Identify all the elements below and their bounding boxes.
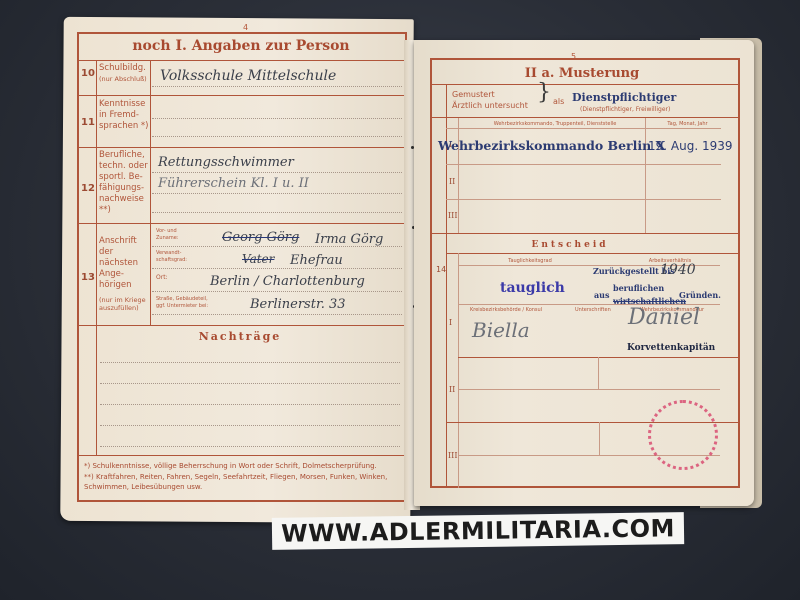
row-11-label: Kenntnisse in Fremd-sprachen *) — [99, 99, 151, 132]
red-circular-stamp — [648, 400, 718, 470]
dotted-line — [152, 246, 402, 247]
dotted-line — [152, 268, 402, 269]
row-roman-II: II — [449, 177, 455, 186]
col-header-tauglichkeit: Tauglichkeitsgrad — [480, 258, 580, 265]
watermark-banner: WWW.ADLERMILITARIA.COM — [272, 512, 684, 550]
col-divider — [458, 253, 459, 488]
dotted-line — [100, 362, 400, 363]
signature-2: Daniel — [628, 305, 700, 330]
field-label-place: Ort: — [156, 274, 196, 281]
brace: } — [537, 87, 551, 98]
row-roman-III: III — [448, 211, 457, 220]
office-stamp: Wehrbezirkskommando Berlin X — [438, 138, 665, 153]
col-divider-num — [96, 60, 97, 325]
divider — [446, 253, 740, 254]
row-10-sublabel: (nur Abschluß) — [99, 76, 151, 83]
nachtraege-title: Nachträge — [180, 330, 300, 343]
relative-relation: Ehefrau — [290, 253, 343, 268]
dotted-line — [152, 193, 402, 194]
struck-relation: Vater — [242, 252, 274, 266]
dotted-line — [152, 291, 402, 292]
col-divider-num — [96, 325, 97, 455]
row-12-entry-2: Führerschein Kl. I u. II — [158, 176, 309, 191]
divider — [77, 455, 407, 456]
footnote-2: **) Kraftfahren, Reiten, Fahren, Segeln,… — [84, 472, 404, 492]
divider — [430, 233, 740, 234]
col-header-office: Wehrbezirkskommando, Truppenteil, Dienst… — [490, 121, 620, 128]
row-roman-II: II — [449, 385, 455, 394]
status-stamp: Dienstpflichtiger — [572, 91, 676, 104]
col-divider — [645, 118, 646, 233]
divider — [430, 84, 740, 85]
row-number-10: 10 — [81, 68, 95, 79]
als-label: als — [553, 96, 564, 107]
col-header-unterschriften: Unterschriften — [575, 307, 625, 314]
divider — [77, 95, 407, 96]
row-13-label: Anschrift der nächsten Ange-hörigen — [99, 236, 151, 291]
dotted-line — [100, 446, 400, 447]
col-divider — [599, 422, 600, 455]
rank-stamp: Korvettenkapitän — [627, 343, 715, 353]
row-number-12: 12 — [81, 183, 95, 194]
relative-place: Berlin / Charlottenburg — [210, 274, 365, 289]
col-header-behoerde: Kreisbezirksbehörde / Konsul — [470, 307, 560, 314]
divider — [458, 357, 740, 358]
row-roman-III: III — [448, 451, 457, 460]
dotted-line — [152, 212, 402, 213]
gruenden-label: Gründen. — [679, 290, 721, 300]
dotted-line — [100, 425, 400, 426]
date-stamp: 19. Aug. 1939 — [648, 139, 733, 153]
aus-label: aus — [594, 290, 610, 300]
dotted-line — [152, 172, 402, 173]
row-13-sublabel: (nur im Kriege auszufüllen) — [99, 296, 153, 312]
dotted-line — [100, 404, 400, 405]
relative-street: Berlinerstr. 33 — [250, 297, 346, 312]
dotted-line — [100, 383, 400, 384]
tauglich-stamp: tauglich — [500, 280, 565, 296]
dotted-line — [152, 118, 402, 119]
row-10-entry: Volksschule Mittelschule — [160, 68, 336, 84]
divider — [430, 117, 740, 118]
footnote-1: *) Schulkenntnisse, völlige Beherrschung… — [84, 461, 404, 471]
row-number-11: 11 — [81, 117, 95, 128]
divider — [77, 60, 407, 61]
field-label-street: Straße, Gebäudeteil, ggf. Untermieter be… — [156, 296, 216, 310]
divider — [77, 223, 407, 224]
row-10-label: Schulbildg. — [99, 63, 151, 74]
field-label-relation: Verwandt-schaftsgrad: — [156, 250, 196, 264]
signature-1: Biella — [472, 318, 530, 342]
left-section-title: noch I. Angaben zur Person — [80, 38, 402, 54]
col-divider — [598, 357, 599, 389]
reason-beruflich: beruflichen — [613, 283, 664, 293]
status-hint: (Dienstpflichtiger, Freiwilliger) — [580, 106, 670, 113]
divider — [446, 164, 721, 165]
relative-name: Irma Görg — [315, 232, 383, 247]
dotted-line — [152, 136, 402, 137]
row-number-13: 13 — [81, 272, 95, 283]
dotted-line — [152, 86, 402, 87]
divider — [446, 128, 721, 129]
left-page-number: 4 — [243, 23, 248, 32]
row-number-14: 14 — [436, 265, 446, 274]
field-label-name: Vor- und Zuname: — [156, 228, 196, 242]
row-12-label: Berufliche, techn. oder sportl. Be-fähig… — [99, 150, 151, 216]
divider — [77, 325, 407, 326]
row-roman-I: I — [449, 318, 452, 327]
divider — [458, 389, 720, 390]
entscheid-title: Entscheid — [520, 240, 620, 250]
row-12-entry-1: Rettungsschwimmer — [158, 155, 294, 170]
zurueckgestellt-year: 1940 — [660, 262, 696, 278]
col-header-date: Tag, Monat, Jahr — [650, 121, 725, 128]
divider — [446, 199, 721, 200]
divider — [77, 147, 407, 148]
right-section-title: II a. Musterung — [432, 66, 732, 81]
col-divider — [458, 118, 459, 233]
gemustert-label: Gemustert — [452, 89, 495, 100]
aerztlich-label: Ärztlich untersucht — [452, 100, 528, 111]
struck-name: Georg Görg — [222, 230, 299, 245]
dotted-line — [152, 314, 402, 315]
